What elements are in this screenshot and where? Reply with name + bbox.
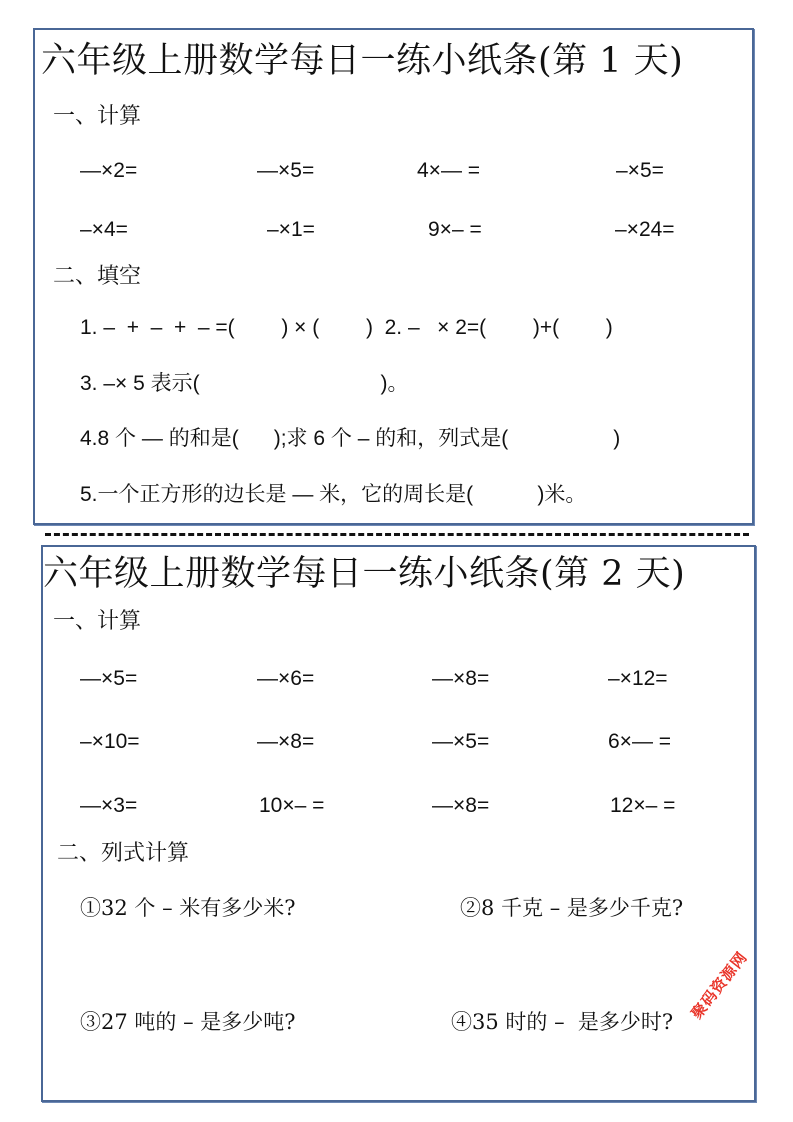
fill-in-question-4: 4.8 个 — 的和是( );求 6 个 – 的和，列式是( )	[80, 428, 620, 449]
word-problem-2: ②8 千克 – 是多少千克?	[460, 898, 683, 919]
calc-problem: —×5=	[432, 731, 489, 752]
fill-in-question-5: 5.一个正方形的边长是 — 米，它的周长是( )米。	[80, 484, 586, 505]
worksheet-slip-day-1: 六年级上册数学每日一练小纸条(第 1 天) 一、计算 —×2= —×5= 4×—…	[33, 28, 754, 525]
calc-problem: 10×– =	[259, 795, 324, 816]
calc-problem: —×6=	[257, 668, 314, 689]
calc-problem: 12×– =	[610, 795, 675, 816]
calc-problem: —×2=	[80, 160, 137, 181]
slip-title: 六年级上册数学每日一练小纸条(第 2 天)	[43, 557, 685, 592]
calc-problem: 4×— =	[417, 160, 480, 181]
calc-problem: –×1=	[267, 219, 315, 240]
word-problem-1: ①32 个 – 米有多少米?	[80, 898, 296, 919]
section-heading-word-problems: 二、列式计算	[57, 843, 189, 865]
word-problem-4: ④35 时的 – 是多少时?	[451, 1012, 673, 1033]
dashed-cut-line	[45, 533, 749, 536]
fill-in-question-1-2: 1. – + – + – =( ) × ( ) 2. – × 2=( )+( )	[80, 317, 613, 338]
section-heading-calculation: 一、计算	[53, 611, 141, 633]
calc-problem: –×5=	[616, 160, 664, 181]
calc-problem: —×8=	[432, 795, 489, 816]
worksheet-slip-day-2: 六年级上册数学每日一练小纸条(第 2 天) 一、计算 —×5= —×6= —×8…	[41, 545, 756, 1102]
calc-problem: –×10=	[80, 731, 140, 752]
fill-in-question-3: 3. –× 5 表示( )。	[80, 373, 409, 394]
section-heading-calculation: 一、计算	[53, 106, 141, 128]
calc-problem: —×8=	[432, 668, 489, 689]
slip-title: 六年级上册数学每日一练小纸条(第 1 天)	[41, 44, 683, 79]
calc-problem: —×8=	[257, 731, 314, 752]
calc-problem: —×3=	[80, 795, 137, 816]
calc-problem: –×4=	[80, 219, 128, 240]
calc-problem: 6×— =	[608, 731, 671, 752]
calc-problem: 9×– =	[428, 219, 482, 240]
calc-problem: –×24=	[615, 219, 675, 240]
section-heading-fill-in: 二、填空	[53, 266, 141, 288]
calc-problem: —×5=	[80, 668, 137, 689]
calc-problem: –×12=	[608, 668, 668, 689]
word-problem-3: ③27 吨的 – 是多少吨?	[80, 1012, 296, 1033]
calc-problem: —×5=	[257, 160, 314, 181]
